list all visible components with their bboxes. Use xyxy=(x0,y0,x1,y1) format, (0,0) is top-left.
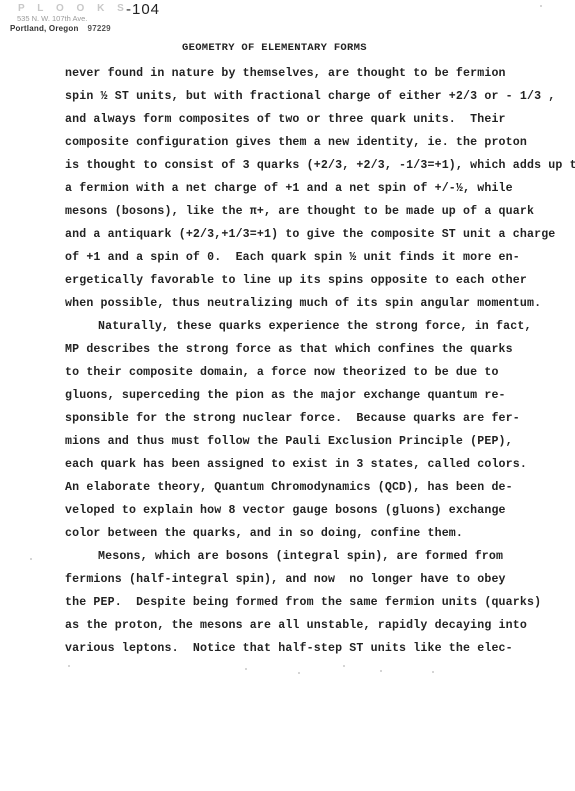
text-line: Mesons, which are bosons (integral spin)… xyxy=(65,545,555,568)
text-line: never found in nature by themselves, are… xyxy=(65,62,555,85)
speck xyxy=(432,671,434,673)
text-line: and a antiquark (+2/3,+1/3=+1) to give t… xyxy=(65,223,555,246)
text-line: MP describes the strong force as that wh… xyxy=(65,338,555,361)
stamp-city: Portland, Oregon xyxy=(10,24,79,33)
text-line: veloped to explain how 8 vector gauge bo… xyxy=(65,499,555,522)
text-line: An elaborate theory, Quantum Chromodynam… xyxy=(65,476,555,499)
address-stamp: P L O O K S 535 N. W. 107th Ave. Portlan… xyxy=(10,4,129,34)
stamp-street: 535 N. W. 107th Ave. xyxy=(10,14,129,24)
text-line: mions and thus must follow the Pauli Exc… xyxy=(65,430,555,453)
text-line: ergetically favorable to line up its spi… xyxy=(65,269,555,292)
text-line: color between the quarks, and in so doin… xyxy=(65,522,555,545)
page-number: -104 xyxy=(126,1,160,18)
text-line: gluons, superceding the pion as the majo… xyxy=(65,384,555,407)
speck xyxy=(68,665,70,667)
text-line: fermions (half-integral spin), and now n… xyxy=(65,568,555,591)
text-line: mesons (bosons), like the π+, are though… xyxy=(65,200,555,223)
speck xyxy=(380,670,382,672)
text-line: each quark has been assigned to exist in… xyxy=(65,453,555,476)
text-line: as the proton, the mesons are all unstab… xyxy=(65,614,555,637)
speck xyxy=(540,5,542,7)
text-line: to their composite domain, a force now t… xyxy=(65,361,555,384)
speck xyxy=(343,665,345,667)
stamp-zip: 97229 xyxy=(88,24,111,33)
speck xyxy=(298,672,300,674)
body-text: never found in nature by themselves, are… xyxy=(65,62,555,660)
document-title: GEOMETRY OF ELEMENTARY FORMS xyxy=(182,42,367,54)
text-line: when possible, thus neutralizing much of… xyxy=(65,292,555,315)
text-line: various leptons. Notice that half-step S… xyxy=(65,637,555,660)
speck xyxy=(30,558,32,560)
text-line: spin ½ ST units, but with fractional cha… xyxy=(65,85,555,108)
text-line: and always form composites of two or thr… xyxy=(65,108,555,131)
stamp-name: P L O O K S xyxy=(10,4,129,14)
stamp-city-line: Portland, Oregon97229 xyxy=(10,24,129,34)
text-line: Naturally, these quarks experience the s… xyxy=(65,315,555,338)
text-line: sponsible for the strong nuclear force. … xyxy=(65,407,555,430)
text-line: is thought to consist of 3 quarks (+2/3,… xyxy=(65,154,555,177)
text-line: of +1 and a spin of 0. Each quark spin ½… xyxy=(65,246,555,269)
text-line: a fermion with a net charge of +1 and a … xyxy=(65,177,555,200)
speck xyxy=(245,668,247,670)
text-line: the PEP. Despite being formed from the s… xyxy=(65,591,555,614)
text-line: composite configuration gives them a new… xyxy=(65,131,555,154)
